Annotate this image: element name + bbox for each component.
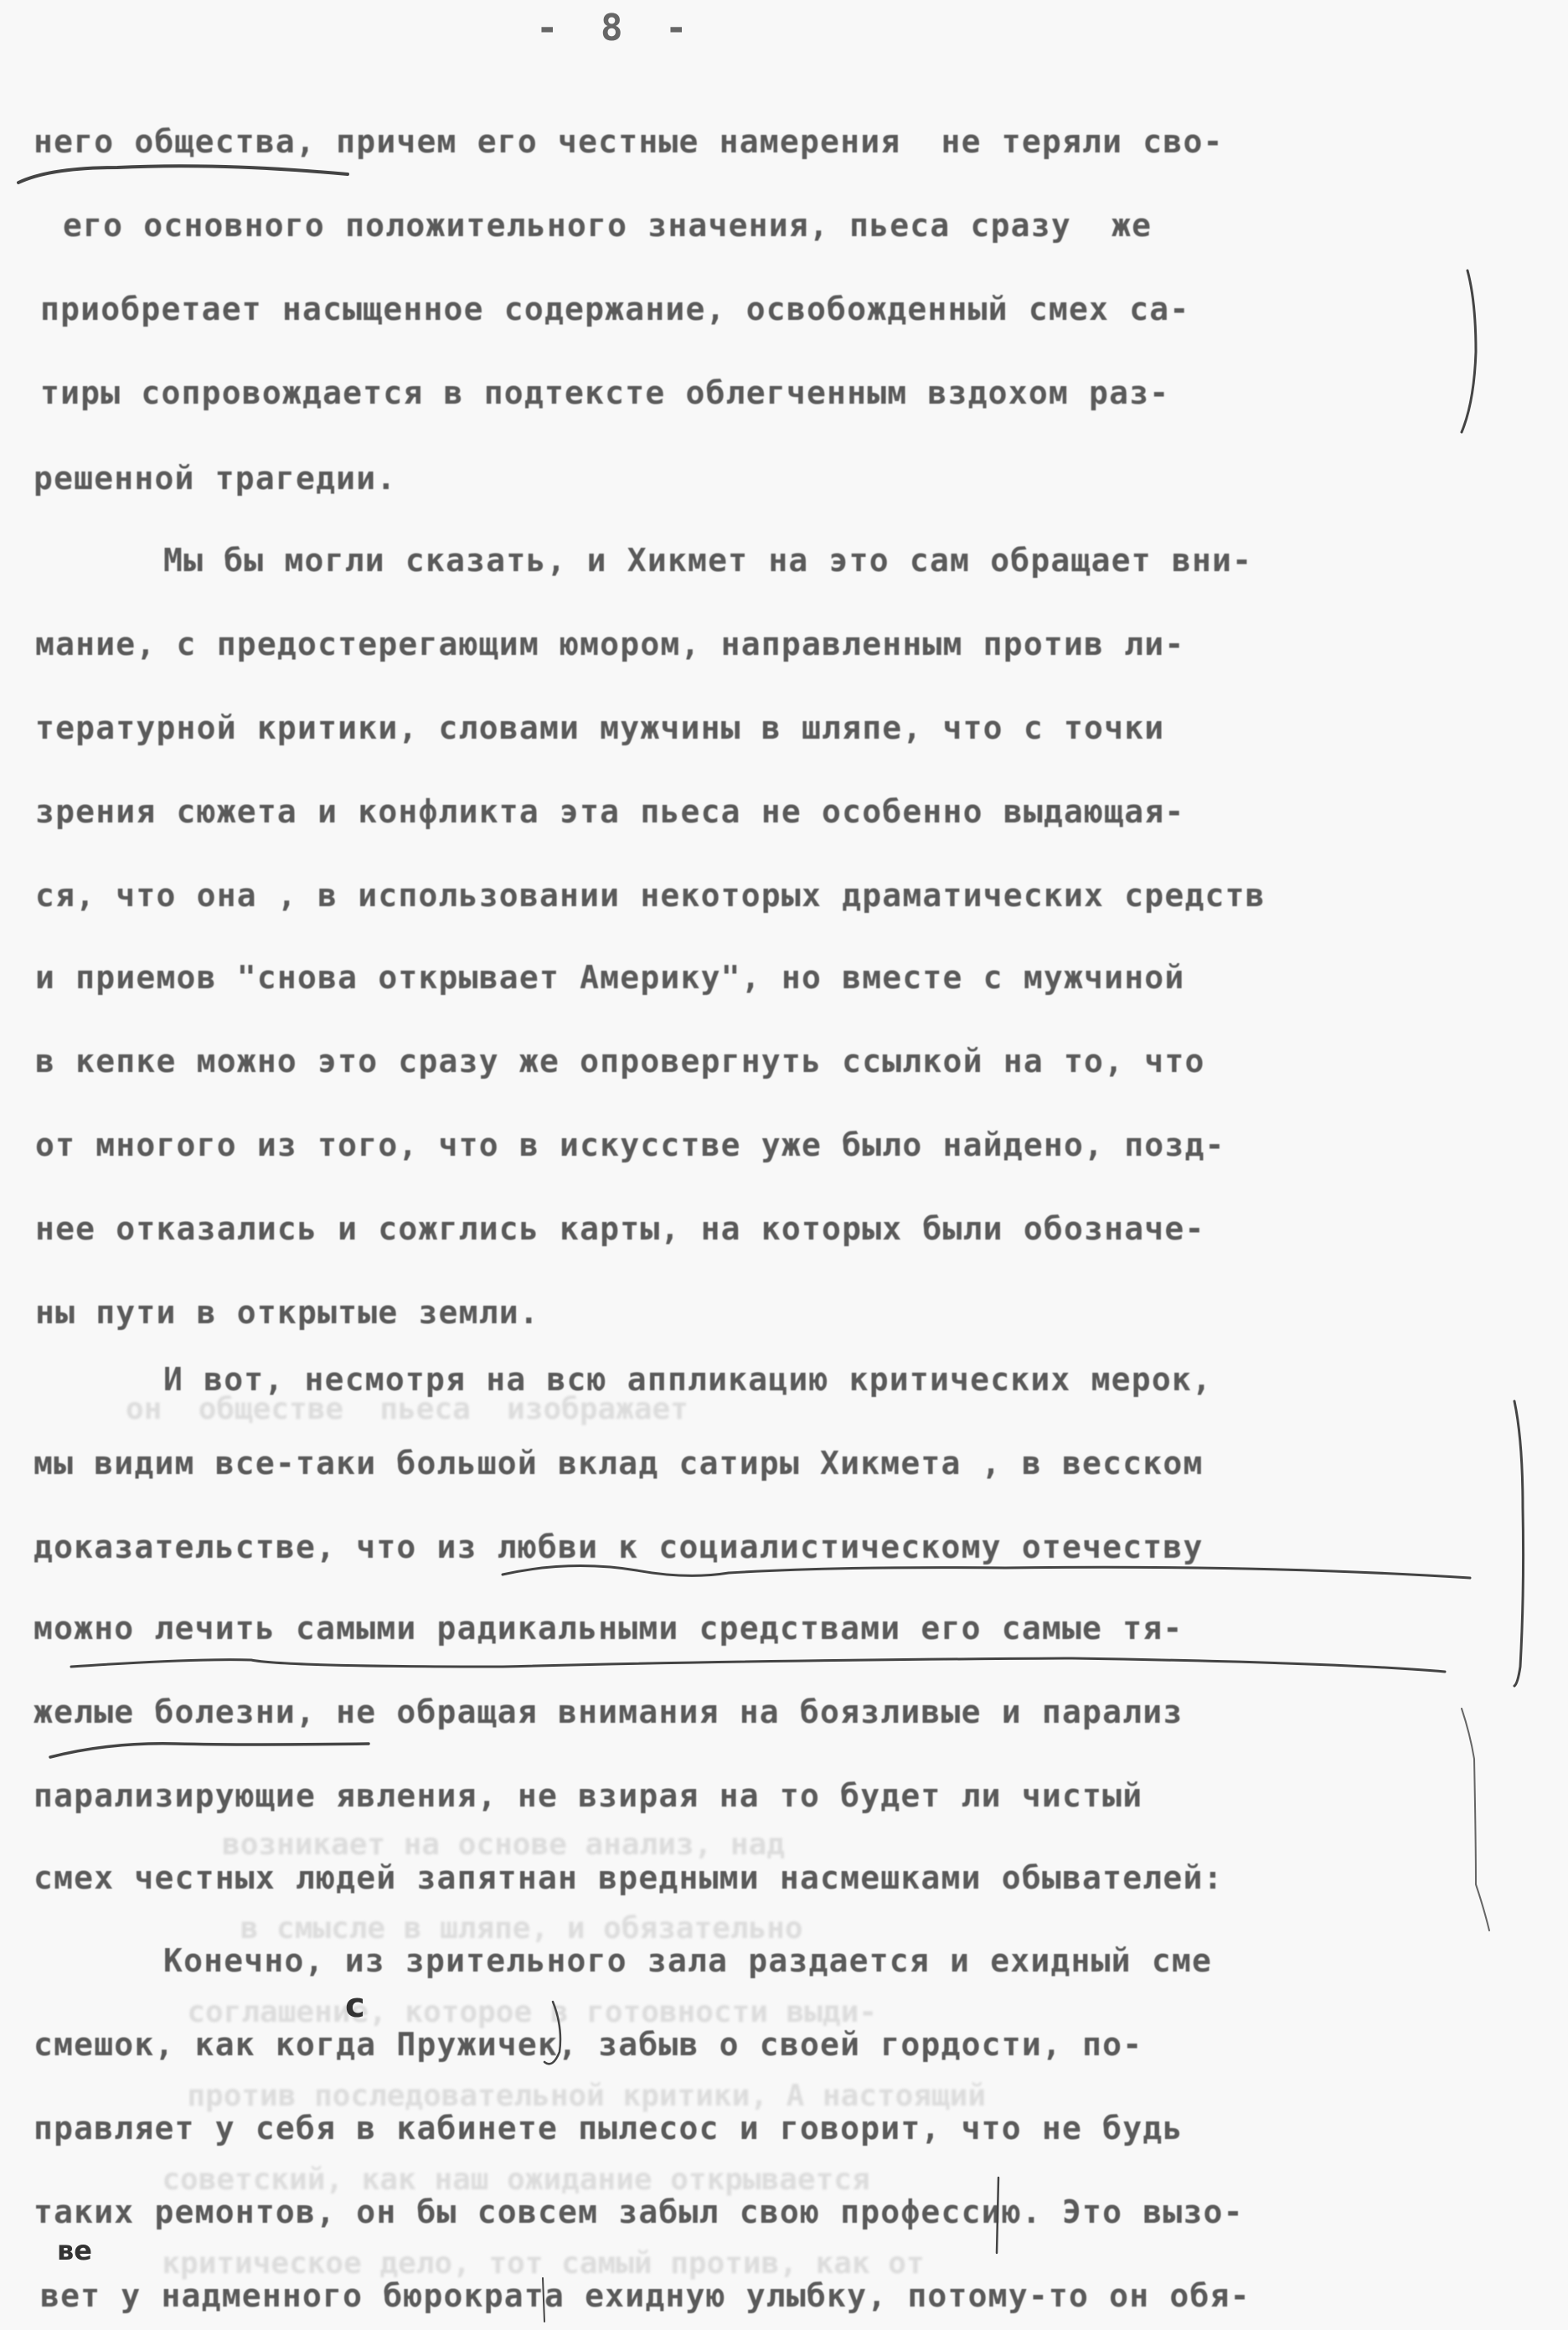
text-line: И вот, несмотря на всю аппликацию критич… — [163, 1363, 1212, 1395]
text-line: него общества, причем его честные намере… — [34, 126, 1224, 157]
page-number: - 8 - — [536, 7, 697, 49]
text-line: ны пути в открытые земли. — [35, 1296, 539, 1328]
text-line: приобретает насыщенное содержание, освоб… — [40, 293, 1189, 325]
text-line: зрения сюжета и конфликта эта пьеса не о… — [35, 796, 1184, 827]
handwritten-correction: ве — [57, 2235, 92, 2266]
text-line: и приемов "снова открывает Америку", но … — [35, 961, 1184, 993]
text-line: тиры сопровождается в подтексте облегчен… — [40, 377, 1169, 409]
text-line: в кепке можно это сразу же опровергнуть … — [35, 1045, 1205, 1077]
text-line: таких ремонтов, он бы совсем забыл свою … — [34, 2196, 1244, 2228]
text-line: Мы бы могли сказать, и Хикмет на это сам… — [163, 544, 1252, 576]
bleed-through-text: соглашение, которое в готовности выди- — [151, 1998, 877, 2028]
text-line: смешок, как когда Пружичек, забыв о свое… — [34, 2028, 1142, 2060]
bleed-through-text: критическое дело, тот самый против, как … — [126, 2249, 925, 2279]
text-line: вет у надменного бюрократа ехидную улыбк… — [40, 2280, 1251, 2312]
text-line: правляет у себя в кабинете пылесос и гов… — [34, 2112, 1183, 2144]
text-line: желые болезни, не обращая внимания на бо… — [34, 1696, 1183, 1728]
text-line: решенной трагедии. — [34, 462, 396, 494]
bleed-through-text: в смысле в шляпе, и обязательно — [168, 1914, 803, 1944]
text-line: мы видим все-таки большой вклад сатиры Х… — [34, 1447, 1204, 1479]
pen-annotations — [0, 0, 1568, 2330]
bleed-through-text: возникает на основе анализ, над — [168, 1830, 785, 1860]
text-line: Конечно, из зрительного зала раздается и… — [163, 1945, 1212, 1977]
text-line: доказательстве, что из любви к социалист… — [34, 1531, 1204, 1563]
bleed-through-text: советский, как наш ожидание открывается — [126, 2165, 870, 2195]
text-line: смех честных людей запятнан вредными нас… — [34, 1862, 1224, 1894]
text-line: ся, что она , в использовании некоторых … — [35, 879, 1266, 911]
handwritten-correction: с — [345, 1987, 365, 2025]
text-line: тературной критики, словами мужчины в шл… — [35, 712, 1164, 744]
text-line: его основного положительного значения, п… — [63, 209, 1152, 241]
bleed-through-text: он обществе пьеса изображает — [126, 1394, 689, 1425]
text-line: можно лечить самыми радикальными средств… — [34, 1612, 1183, 1644]
text-line: нее отказались и сожглись карты, на кото… — [35, 1213, 1205, 1245]
text-line: от многого из того, что в искусстве уже … — [35, 1129, 1225, 1161]
text-line: мание, с предостерегающим юмором, направ… — [35, 628, 1184, 660]
bleed-through-text: против последовательной критики, А насто… — [151, 2081, 986, 2111]
text-line: парализирующие явления, не взирая на то … — [34, 1780, 1142, 1812]
